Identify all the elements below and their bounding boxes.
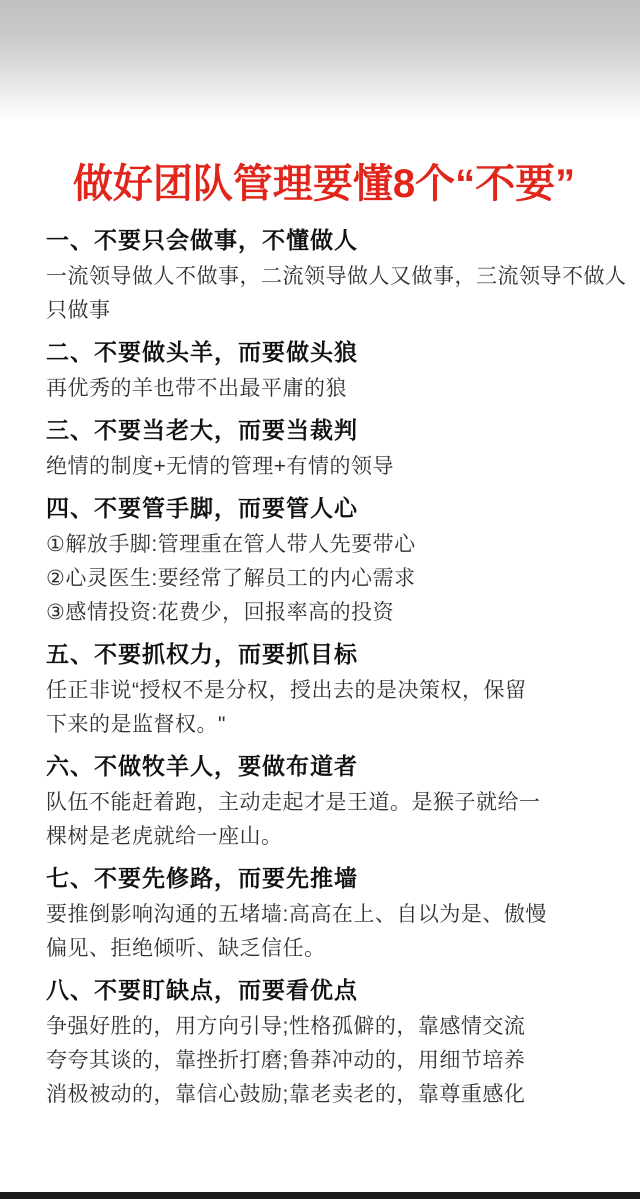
- section-line: 争强好胜的，用方向引导;性格孤僻的，靠感情交流: [46, 1010, 602, 1044]
- section-line: ①解放手脚:管理重在管人带人先要带心: [46, 528, 602, 562]
- section-line: 只做事: [46, 294, 602, 328]
- section-heading: 四、不要管手脚，而要管人心: [46, 492, 602, 524]
- section-6: 六、不做牧羊人，要做布道者 队伍不能赶着跑，主动走起才是王道。是猴子就给一 棵树…: [46, 750, 602, 854]
- section-heading: 七、不要先修路，而要先推墙: [46, 862, 602, 894]
- section-heading: 三、不要当老大，而要当裁判: [46, 414, 602, 446]
- section-4: 四、不要管手脚，而要管人心 ①解放手脚:管理重在管人带人先要带心 ②心灵医生:要…: [46, 492, 602, 630]
- poster: 做好团队管理要懂8个“不要” 一、不要只会做事，不懂做人 一流领导做人不做事，二…: [0, 0, 640, 1199]
- section-heading: 五、不要抓权力，而要抓目标: [46, 638, 602, 670]
- section-line: 消极被动的，靠信心鼓励;靠老卖老的，靠尊重感化: [46, 1078, 602, 1112]
- section-1: 一、不要只会做事，不懂做人 一流领导做人不做事，二流领导做人又做事，三流领导不做…: [46, 224, 602, 328]
- section-line: 再优秀的羊也带不出最平庸的狼: [46, 372, 602, 406]
- top-gradient-area: [0, 0, 640, 118]
- section-line: 棵树是老虎就给一座山。: [46, 820, 602, 854]
- section-line: 偏见、拒绝倾听、缺乏信任。: [46, 932, 602, 966]
- section-line: 队伍不能赶着跑，主动走起才是王道。是猴子就给一: [46, 786, 602, 820]
- poster-title: 做好团队管理要懂8个“不要”: [46, 158, 602, 210]
- bottom-black-bar: [0, 1192, 640, 1199]
- section-heading: 六、不做牧羊人，要做布道者: [46, 750, 602, 782]
- section-line: 任正非说“授权不是分权，授出去的是决策权，保留: [46, 674, 602, 708]
- section-3: 三、不要当老大，而要当裁判 绝情的制度+无情的管理+有情的领导: [46, 414, 602, 484]
- section-line: 下来的是监督权。": [46, 708, 602, 742]
- section-2: 二、不要做头羊，而要做头狼 再优秀的羊也带不出最平庸的狼: [46, 336, 602, 406]
- section-7: 七、不要先修路，而要先推墙 要推倒影响沟通的五堵墙:高高在上、自以为是、傲慢 偏…: [46, 862, 602, 966]
- section-line: 绝情的制度+无情的管理+有情的领导: [46, 450, 602, 484]
- section-line: ②心灵医生:要经常了解员工的内心需求: [46, 562, 602, 596]
- sections-list: 一、不要只会做事，不懂做人 一流领导做人不做事，二流领导做人又做事，三流领导不做…: [46, 224, 602, 1112]
- section-8: 八、不要盯缺点，而要看优点 争强好胜的，用方向引导;性格孤僻的，靠感情交流 夸夸…: [46, 974, 602, 1112]
- section-line: 夸夸其谈的，靠挫折打磨;鲁莽冲动的，用细节培养: [46, 1044, 602, 1078]
- poster-content: 做好团队管理要懂8个“不要” 一、不要只会做事，不懂做人 一流领导做人不做事，二…: [0, 158, 640, 1112]
- section-line: 要推倒影响沟通的五堵墙:高高在上、自以为是、傲慢: [46, 898, 602, 932]
- section-heading: 二、不要做头羊，而要做头狼: [46, 336, 602, 368]
- section-heading: 一、不要只会做事，不懂做人: [46, 224, 602, 256]
- section-line: 一流领导做人不做事，二流领导做人又做事，三流领导不做人: [46, 260, 602, 294]
- section-line: ③感情投资:花费少，回报率高的投资: [46, 596, 602, 630]
- section-heading: 八、不要盯缺点，而要看优点: [46, 974, 602, 1006]
- section-5: 五、不要抓权力，而要抓目标 任正非说“授权不是分权，授出去的是决策权，保留 下来…: [46, 638, 602, 742]
